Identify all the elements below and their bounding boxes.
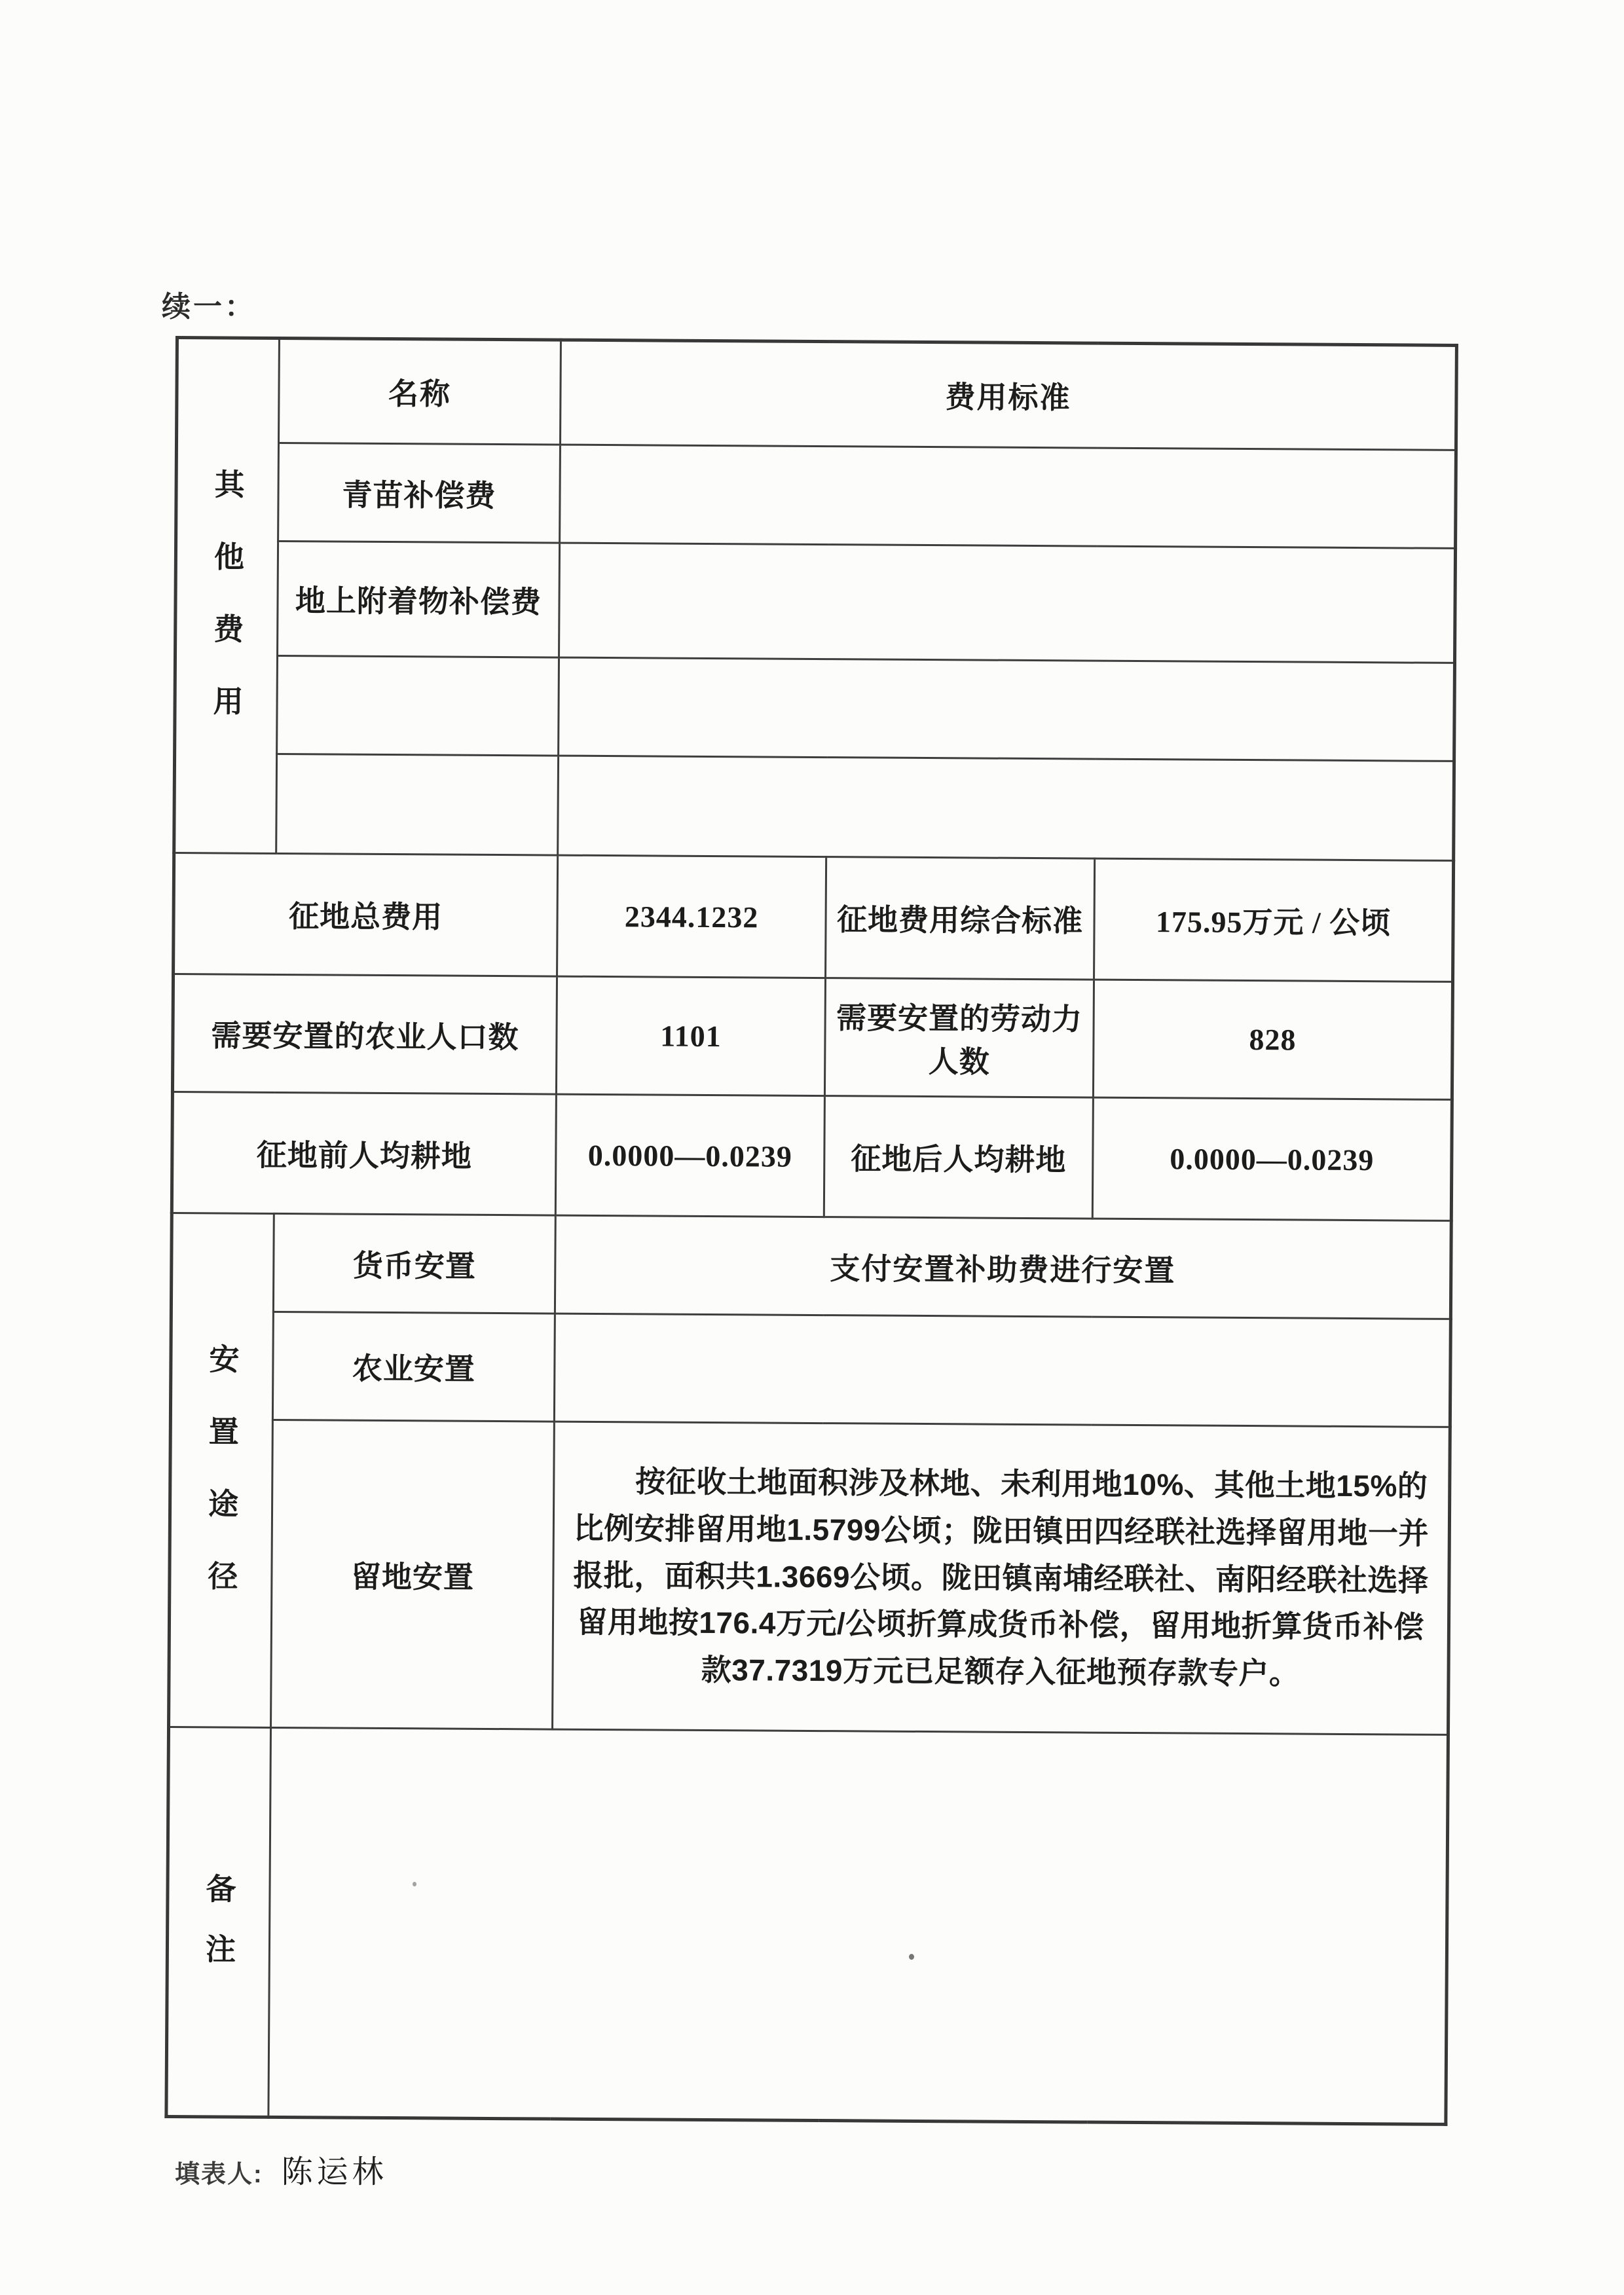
value-comprehensive-cost-standard: 175.95万元 / 公顷 (1094, 858, 1454, 982)
other-fees-vertical-label: 其他费用 (204, 469, 249, 758)
value-per-capita-farmland-after: 0.0000—0.0239 (1092, 1097, 1452, 1221)
table-row: 青苗补偿费 (176, 443, 1456, 549)
form-filler-line: 填表人: 陈运林 (175, 2146, 388, 2192)
form-filler-name: 陈运林 (282, 2146, 388, 2192)
resettlement-type-reserved-land: 留地安置 (271, 1420, 555, 1729)
table-row (174, 754, 1454, 861)
remarks-content (268, 1727, 1449, 2124)
column-header-fee-standard: 费用标准 (560, 340, 1456, 450)
fee-standard-empty-1 (559, 657, 1455, 761)
label-agricultural-population-to-resettle: 需要安置的农业人口数 (172, 974, 557, 1094)
table-row: 其他费用 名称 费用标准 (177, 338, 1457, 450)
section-label-other-fees: 其他费用 (174, 338, 280, 854)
column-header-name: 名称 (279, 338, 561, 445)
value-agricultural-population-to-resettle: 1101 (556, 976, 825, 1096)
remarks-vertical-label: 备注 (197, 1873, 241, 1993)
ink-speck (413, 1882, 416, 1886)
continuation-label: 续一： (162, 283, 256, 325)
resettlement-type-agricultural: 农业安置 (272, 1312, 555, 1422)
table-row: 需要安置的农业人口数 1101 需要安置的劳动力人数 828 (172, 974, 1452, 1099)
resettlement-detail-reserved-land: 按征收土地面积涉及林地、未利用地10%、其他土地15%的比例安排留用地1.579… (553, 1422, 1450, 1735)
label-comprehensive-cost-standard: 征地费用综合标准 (826, 857, 1095, 980)
table-row: 征地前人均耕地 0.0000—0.0239 征地后人均耕地 0.0000—0.0… (172, 1092, 1452, 1221)
resettlement-type-monetary: 货币安置 (273, 1213, 555, 1313)
fee-name-ground-attachments-compensation: 地上附着物补偿费 (278, 541, 560, 657)
form-filler-label: 填表人: (175, 2154, 263, 2190)
resettlement-detail-monetary: 支付安置补助费进行安置 (555, 1215, 1451, 1319)
land-requisition-cost-table: 其他费用 名称 费用标准 青苗补偿费 地上附着物补偿费 (164, 336, 1458, 2126)
value-per-capita-farmland-before: 0.0000—0.0239 (555, 1094, 824, 1217)
fee-name-seedling-compensation: 青苗补偿费 (278, 443, 561, 543)
fee-name-empty-2 (276, 754, 559, 855)
table-row: 地上附着物补偿费 (175, 541, 1456, 663)
resettlement-approach-vertical-label: 安置途径 (199, 1343, 244, 1632)
fee-standard-ground-attachments-compensation (559, 543, 1456, 663)
table-row: 留地安置 按征收土地面积涉及林地、未利用地10%、其他土地15%的比例安排留用地… (169, 1419, 1450, 1735)
label-total-land-requisition-cost: 征地总费用 (174, 853, 558, 977)
resettlement-detail-agricultural (554, 1313, 1450, 1427)
table-row: 安置途径 货币安置 支付安置补助费进行安置 (171, 1213, 1451, 1319)
section-label-remarks: 备注 (166, 1727, 271, 2117)
table-row: 备注 (166, 1727, 1449, 2124)
table-row (175, 655, 1455, 762)
value-labor-force-to-resettle: 828 (1093, 980, 1452, 1099)
value-total-land-requisition-cost: 2344.1232 (557, 855, 826, 978)
label-per-capita-farmland-after: 征地后人均耕地 (824, 1096, 1093, 1219)
table-row: 征地总费用 2344.1232 征地费用综合标准 175.95万元 / 公顷 (174, 853, 1454, 982)
table-row: 农业安置 (170, 1311, 1450, 1427)
ink-speck (909, 1954, 914, 1960)
fee-standard-empty-2 (558, 756, 1454, 860)
scanned-form-page: 续一： 其他费用 名称 费用标准 青苗补偿费 地上附着物补偿费 (0, 0, 1624, 2295)
label-labor-force-to-resettle: 需要安置的劳动力人数 (824, 978, 1094, 1098)
fee-standard-seedling-compensation (560, 445, 1456, 548)
label-per-capita-farmland-before: 征地前人均耕地 (172, 1092, 556, 1215)
fee-name-empty-1 (277, 655, 559, 756)
section-label-resettlement-approach: 安置途径 (169, 1213, 274, 1727)
